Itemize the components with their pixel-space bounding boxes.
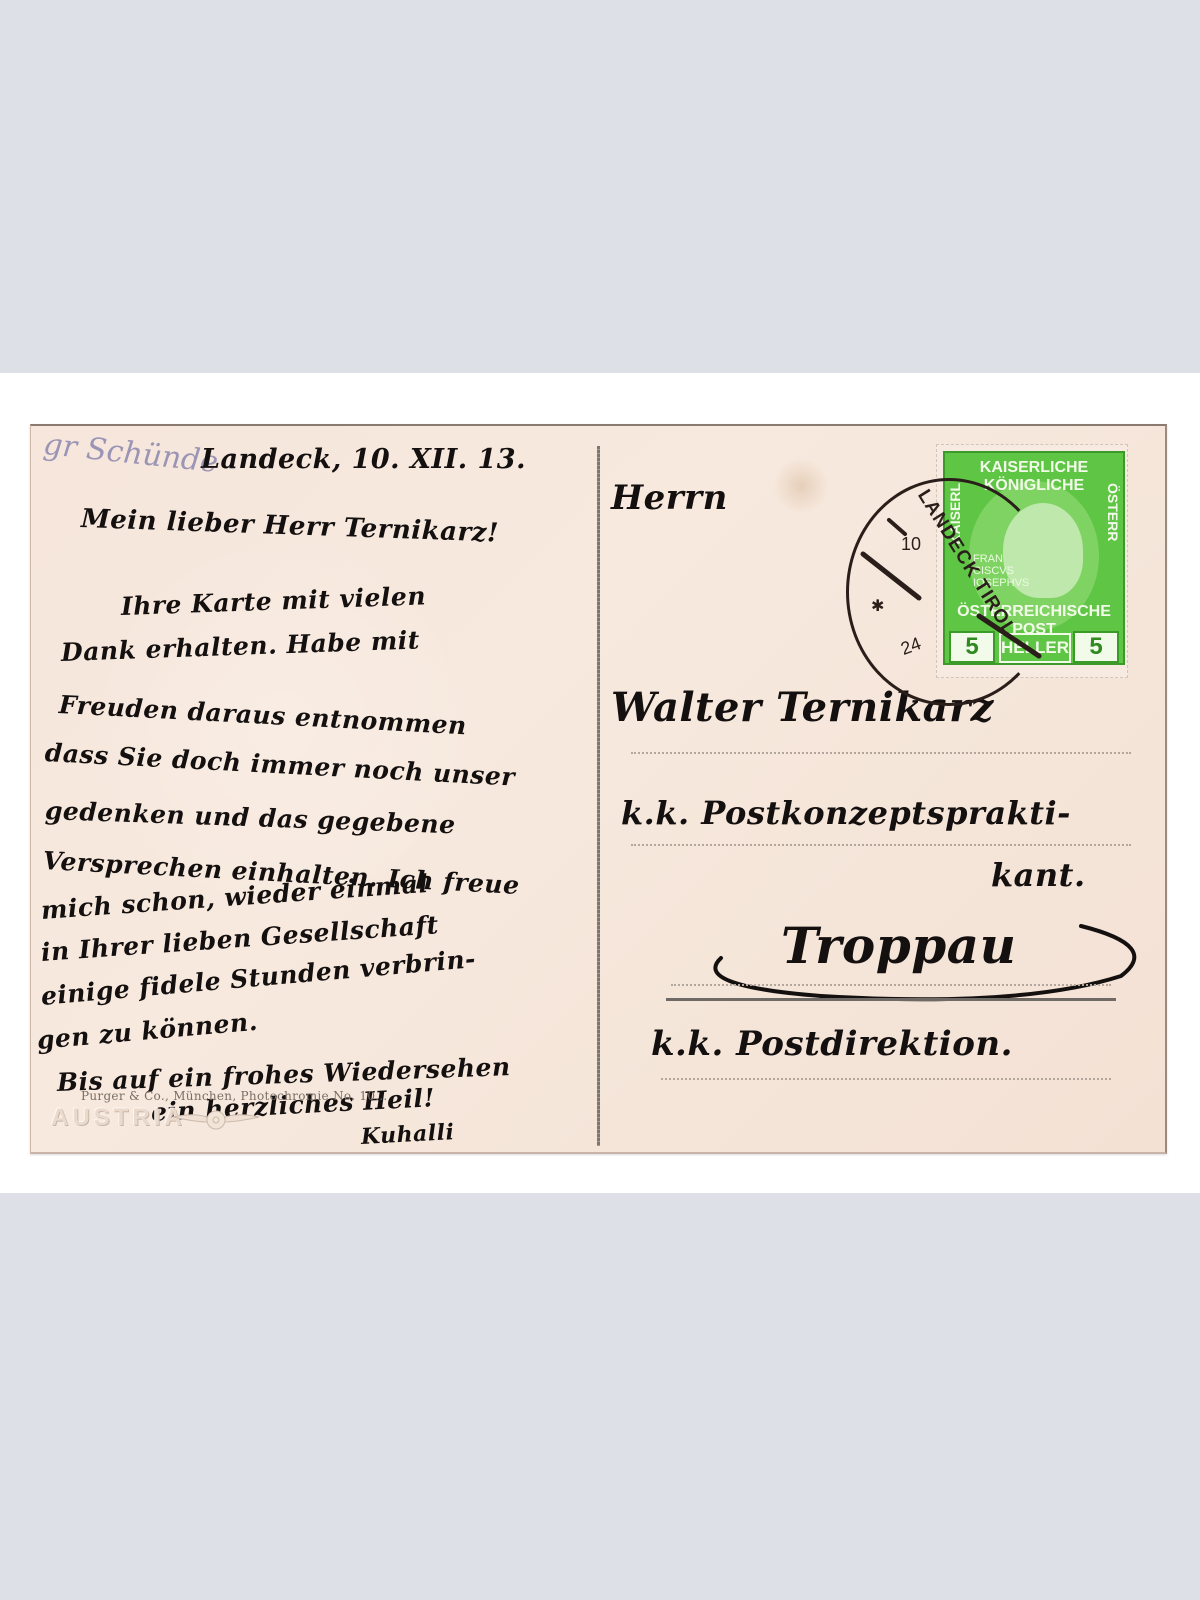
postcard: gr Schünde Landeck, 10. XII. 13. Mein li…: [30, 424, 1167, 1154]
message-line: dass Sie doch immer noch unser: [44, 738, 515, 792]
postmark-bars: [849, 496, 1049, 696]
message-line: gen zu können.: [36, 1007, 259, 1055]
embossed-mark: AUSTRIA: [51, 1104, 186, 1132]
address-title-line2: kant.: [991, 856, 1086, 894]
address-solid-rule: [666, 998, 1116, 1001]
message-line: gedenken und das gegebene: [44, 796, 456, 839]
address-line-rule: [631, 752, 1131, 754]
message-line: Ihre Karte mit vielen: [120, 581, 426, 621]
stamp-value-right: 5: [1073, 631, 1119, 663]
salutation: Mein lieber Herr Ternikarz!: [80, 504, 499, 549]
message-line: Freuden daraus entnommen: [58, 690, 467, 740]
printer-imprint: Purger & Co., München, Photochromie No. …: [81, 1089, 388, 1103]
city-underline-swash: [701, 916, 1151, 1006]
address-line-rule: [661, 1078, 1111, 1080]
message-line: Dank erhalten. Habe mit: [60, 625, 420, 667]
address-line-rule: [631, 844, 1131, 846]
pencil-note: gr Schünde: [42, 427, 220, 480]
place-date: Landeck, 10. XII. 13.: [201, 444, 526, 475]
address-line-rule: [671, 984, 1111, 986]
address-title-line1: k.k. Postkonzeptsprakti-: [621, 794, 1071, 832]
address-authority: k.k. Postdirektion.: [651, 1024, 1013, 1064]
stamp-side-text-right: ÖSTERR: [1105, 483, 1121, 541]
address-honorific: Herrn: [611, 478, 728, 518]
winged-emblem-icon: [171, 1108, 261, 1130]
center-divider-line: [597, 446, 600, 1146]
signature: Kuhalli: [360, 1119, 455, 1150]
